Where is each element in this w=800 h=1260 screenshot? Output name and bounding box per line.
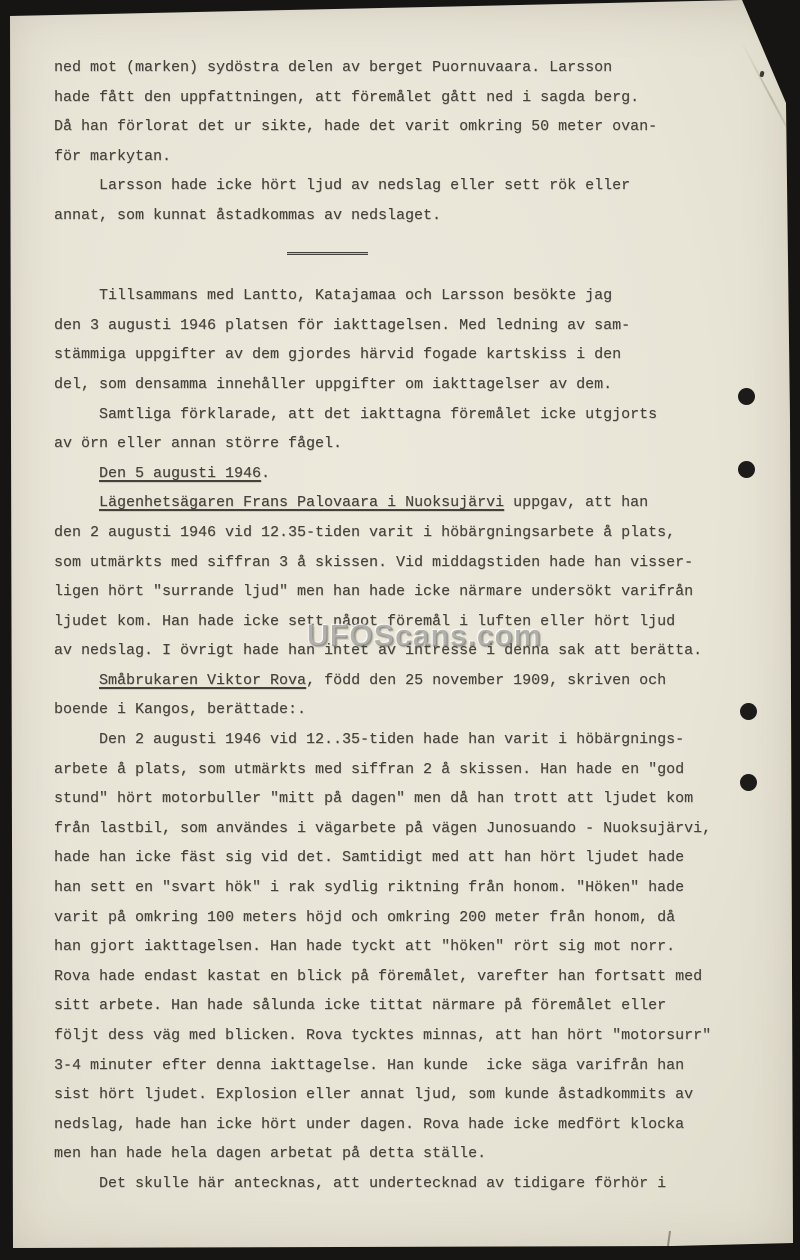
text-line: Larsson hade icke hört ljud av nedslag e… <box>54 171 764 201</box>
text-line: den 3 augusti 1946 platsen för iakttagel… <box>54 311 764 341</box>
text-line: ned mot (marken) sydöstra delen av berge… <box>54 53 764 83</box>
text-line: arbete å plats, som utmärkts med siffran… <box>54 755 764 785</box>
hole-punch-dot <box>740 774 757 791</box>
hole-punch-dot <box>738 388 755 405</box>
text-line: boende i Kangos, berättade:. <box>54 695 764 725</box>
text-line: för markytan. <box>54 142 764 172</box>
text-line: han sett en "svart hök" i rak sydlig rik… <box>54 873 764 903</box>
hole-punch-dot <box>740 703 757 720</box>
text-line: sitt arbete. Han hade sålunda icke titta… <box>54 991 764 1021</box>
text-line: från lastbil, som användes i vägarbete p… <box>54 814 764 844</box>
text-line: sist hört ljudet. Explosion eller annat … <box>54 1080 764 1110</box>
text-line: han gjort iakttagelsen. Han hade tyckt a… <box>54 932 764 962</box>
text-line: följt dess väg med blicken. Rova tycktes… <box>54 1021 764 1051</box>
text-line: Den 2 augusti 1946 vid 12..35-tiden hade… <box>54 725 764 755</box>
text-line: Den 5 augusti 1946. <box>54 459 764 489</box>
divider-line <box>287 252 368 255</box>
text-line: Då han förlorat det ur sikte, hade det v… <box>54 112 764 142</box>
scanned-paper-page: ned mot (marken) sydöstra delen av berge… <box>0 0 800 1260</box>
text-line: hade fått den uppfattningen, att föremål… <box>54 83 764 113</box>
text-line: Det skulle här antecknas, att underteckn… <box>54 1169 764 1199</box>
text-line: Småbrukaren Viktor Rova, född den 25 nov… <box>54 666 764 696</box>
text-line: som utmärkts med siffran 3 å skissen. Vi… <box>54 548 764 578</box>
text-line: stund" hört motorbuller "mitt på dagen" … <box>54 784 764 814</box>
hole-punch-dot <box>738 461 755 478</box>
section-divider <box>54 252 764 282</box>
text-line: nedslag, hade han icke hört under dagen.… <box>54 1110 764 1140</box>
text-line: Lägenhetsägaren Frans Palovaara i Nuoksu… <box>54 488 764 518</box>
text-line: annat, som kunnat åstadkommas av nedslag… <box>54 201 764 231</box>
text-line: del, som densamma innehåller uppgifter o… <box>54 370 764 400</box>
text-line: Tillsammans med Lantto, Katajamaa och La… <box>54 281 764 311</box>
text-line: av örn eller annan större fågel. <box>54 429 764 459</box>
text-line: den 2 augusti 1946 vid 12.35-tiden varit… <box>54 518 764 548</box>
watermark: UFOScans.com <box>307 618 542 654</box>
text-line: varit på omkring 100 meters höjd och omk… <box>54 903 764 933</box>
text-line: 3-4 minuter efter denna iakttagelse. Han… <box>54 1051 764 1081</box>
text-line: ligen hört "surrande ljud" men han hade … <box>54 577 764 607</box>
paper-tear <box>667 1231 671 1246</box>
text-line: stämmiga uppgifter av dem gjordes härvid… <box>54 340 764 370</box>
text-line: Samtliga förklarade, att det iakttagna f… <box>54 400 764 430</box>
text-line: hade han icke fäst sig vid det. Samtidig… <box>54 843 764 873</box>
text-line: Rova hade endast kastat en blick på före… <box>54 962 764 992</box>
text-line: men han hade hela dagen arbetat på detta… <box>54 1139 764 1169</box>
